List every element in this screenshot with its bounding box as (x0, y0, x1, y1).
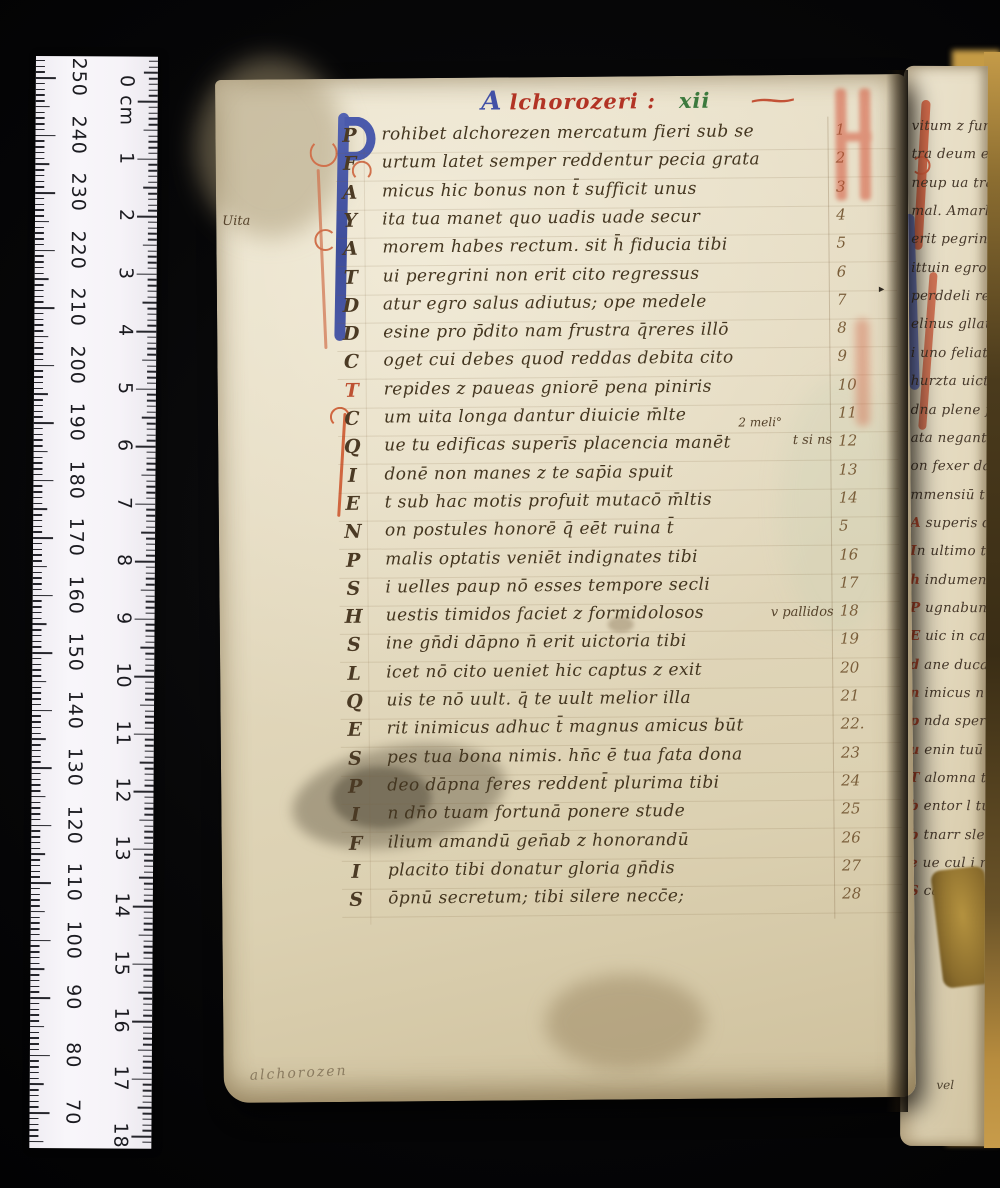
ruler-tick (31, 853, 45, 855)
ruler-tick (32, 652, 52, 654)
ruler-tick (146, 607, 155, 609)
heading-numeral: xii (679, 88, 711, 113)
ruler-tick (143, 1003, 152, 1005)
ruler-tick (147, 423, 156, 425)
line-number: 10 (838, 375, 857, 393)
ruler-tick (33, 525, 42, 527)
ruler-tick (35, 140, 44, 142)
verse-text: ilium amandū gen̄ab z honorandū (388, 829, 690, 852)
ruler-tick (141, 589, 155, 591)
ruler-tick (144, 871, 153, 873)
ruler-tick (35, 226, 44, 228)
ruler-tick (29, 1129, 38, 1131)
ruler-tick (35, 180, 44, 182)
ruler-tick (149, 66, 158, 68)
ruler-tick (146, 538, 155, 540)
ruler-tick (144, 825, 153, 827)
ruler-tick (147, 336, 156, 338)
facing-fragment: neup ua tra (911, 175, 987, 191)
ruler-tick (147, 382, 156, 384)
ruler-tick (143, 1072, 152, 1074)
ruler-tick (149, 135, 158, 137)
ruler-tick (137, 158, 157, 160)
verse-initial: F (342, 832, 370, 854)
ruler-tick (32, 709, 52, 711)
ruler-tick (33, 617, 42, 619)
ruler-tick (146, 549, 155, 551)
ruler-tick (30, 1049, 39, 1051)
ruler-tick (31, 842, 40, 844)
ruler-tick (35, 198, 44, 200)
ruler-tick (146, 612, 155, 614)
ruler-tick (31, 945, 40, 947)
ruler-tick (34, 393, 48, 395)
ruler-tick (35, 157, 44, 159)
ruler-tick (29, 1123, 38, 1125)
ruler-cm-label: 18 (109, 1122, 131, 1148)
line-number: 6 (837, 262, 847, 280)
ruler-cm-label: 17 (110, 1065, 132, 1091)
verse-text: ine gn̄di dāpno n̄ erit uictoria tibi (386, 631, 687, 654)
ruler-tick (34, 433, 43, 435)
ruler-tick (148, 239, 157, 241)
ruler-tick (35, 203, 44, 205)
line-number: 28 (842, 884, 861, 902)
ruler-tick (32, 640, 41, 642)
ruler-tick (32, 692, 41, 694)
ruler-tick (147, 354, 156, 356)
ruler-tick (32, 761, 41, 763)
ruler-tick (144, 802, 153, 804)
ruler-tick (145, 635, 154, 637)
ruler-tick (30, 957, 39, 959)
ruler-tick (146, 492, 155, 494)
ruler-tick (146, 497, 155, 499)
ruler-tick (148, 198, 157, 200)
ruler-tick (145, 630, 154, 632)
ruler-tick (143, 187, 157, 189)
ruler-tick (140, 762, 154, 764)
ruler-tick (148, 250, 157, 252)
ruler-tick (147, 342, 156, 344)
ruler-tick (35, 272, 44, 274)
ruler-cm-label: 11 (112, 720, 134, 746)
line-number: 8 (837, 319, 847, 337)
ruler-tick (141, 474, 155, 476)
ruler-tick (34, 399, 43, 401)
ruler-tick (148, 285, 157, 287)
ruler-tick (143, 1101, 152, 1103)
ruler-cm-label: 2 (115, 209, 137, 222)
ruler-tick (147, 405, 156, 407)
ruler-tick (31, 939, 51, 941)
ruler-tick (32, 715, 41, 717)
line-number: 22. (841, 715, 865, 733)
ruler-mm-label: 220 (67, 230, 89, 269)
ruler-tick (33, 468, 42, 470)
ruler-tick (148, 204, 157, 206)
ruler-tick (31, 819, 40, 821)
gloss-at-line-12: t si ns (793, 433, 833, 448)
ruler-tick (34, 462, 43, 464)
ruler-tick (34, 370, 43, 372)
facing-fragment: A superis datur ep (910, 515, 987, 531)
ruler-tick (143, 980, 152, 982)
ruler-tick (30, 1072, 39, 1074)
ruler-mm-label: 150 (64, 633, 86, 672)
ruler-cm-label: 14 (111, 892, 133, 918)
ruler-tick (31, 870, 40, 872)
ruler-tick (34, 318, 43, 320)
ruler-tick (143, 1032, 152, 1034)
ruler-tick (149, 106, 158, 108)
ruler-tick (33, 577, 42, 579)
facing-fragment: T alomna tibi pu (909, 770, 987, 786)
verse-initial: L (340, 662, 368, 684)
ruler-tick (33, 474, 42, 476)
ruler-tick (32, 773, 41, 775)
verse-initial: P (341, 776, 369, 798)
ruler-tick (35, 232, 44, 234)
ruler-cm-label: 12 (111, 777, 133, 803)
ruler-tick (149, 124, 158, 126)
ruler-tick (140, 647, 154, 649)
ruler-tick (144, 831, 153, 833)
ruler-tick (147, 371, 156, 373)
ruler-tick (148, 147, 157, 149)
ruler-tick (147, 308, 156, 310)
ruler-tick (34, 376, 43, 378)
ruler-cm-label: 9 (113, 611, 135, 624)
ruler-tick (31, 951, 40, 953)
ruler-mm-label: 130 (64, 748, 86, 787)
facing-fragment: vitum z fur (912, 118, 988, 134)
facing-fragment: h indumentū ti (910, 571, 988, 587)
verse-line: Sōpnū secretum; tibi silere necc̄e;28 (342, 884, 902, 918)
ruler-tick (35, 255, 44, 257)
ruler-tick (31, 893, 40, 895)
ruler-tick (34, 445, 43, 447)
ruler-tick (33, 600, 42, 602)
ruler-tick (32, 750, 41, 752)
ruler-tick (34, 422, 54, 424)
facing-text-fragments: vitum z furtra deum ecbneup ua tramal. A… (909, 118, 988, 948)
ruler-tick (30, 1118, 39, 1120)
ruler-tick (31, 899, 40, 901)
ruler-tick (148, 267, 157, 269)
margin-arrow-mark: ▸ (879, 282, 885, 295)
ruler-tick (32, 658, 41, 660)
manuscript-photo-stage: 2502402302202102001901801701601501401301… (0, 0, 1000, 1188)
verse-initial: C (337, 351, 365, 373)
verse-initial: F (336, 153, 364, 175)
ruler-tick (146, 578, 155, 580)
ruler-tick (33, 514, 42, 516)
ruler-tick (144, 865, 153, 867)
ruler-tick (35, 192, 55, 194)
verse-initial: E (339, 493, 367, 515)
ruler-tick (34, 341, 43, 343)
ruler-mm-label: 240 (67, 115, 89, 154)
ruler-tick (33, 571, 42, 573)
ruler-tick (145, 768, 154, 770)
verse-text: icet nō cito ueniet hic captus z exit (386, 659, 702, 682)
ruler-tick (32, 669, 41, 671)
ruler-tick (144, 837, 153, 839)
ruler-tick (140, 704, 154, 706)
ruler-tick (32, 790, 41, 792)
ruler-tick (33, 589, 42, 591)
verse-initial: E (341, 719, 369, 741)
ruler-tick (143, 1038, 152, 1040)
ruler-tick (145, 785, 154, 787)
ruler-tick (33, 612, 42, 614)
red-mark-bar (859, 88, 871, 200)
ruler-tick (145, 745, 154, 747)
ruler-tick (35, 163, 49, 165)
facing-fragment: u enin tuū uenu (909, 742, 987, 758)
ruler-tick (34, 382, 43, 384)
verse-text: uis te nō uult. q̄ te uult melior illa (386, 688, 691, 711)
ruler-tick (35, 146, 44, 148)
ruler-tick (30, 1026, 44, 1028)
line-number: 24 (841, 771, 860, 789)
ruler-tick (147, 428, 156, 430)
ruler-tick (33, 497, 42, 499)
ruler-tick (32, 767, 52, 769)
ruler-tick (36, 71, 45, 73)
verse-initial: S (339, 577, 367, 599)
ruler-tick (144, 842, 153, 844)
ruler-tick (145, 779, 154, 781)
ruler-tick (143, 1090, 152, 1092)
line-number: 23 (841, 743, 860, 761)
ruler-tick (32, 635, 41, 637)
verse-text: atur egro salus adiutus; ope medele (383, 292, 707, 315)
verse-text: n dn̄o tuam fortunā ponere stude (387, 801, 685, 824)
ruler-tick (33, 606, 42, 608)
line-number: 5 (839, 517, 849, 535)
verse-initial: A (336, 238, 364, 260)
verse-text: rohibet alchorezen mercatum fieri sub se (381, 121, 754, 144)
ruler-tick (32, 629, 41, 631)
verse-initial: I (338, 464, 366, 486)
ruler-tick (33, 583, 42, 585)
ruler-tick (136, 446, 156, 448)
ruler-mm-label: 110 (63, 863, 85, 902)
ruler-tick (31, 934, 40, 936)
verse-text: um uita longa dantur diuicie m̄lte (384, 405, 686, 428)
ruler-tick (33, 560, 42, 562)
measuring-ruler: 2502402302202102001901801701601501401301… (29, 56, 158, 1149)
ruler-tick (135, 503, 155, 505)
ruler-tick (146, 584, 155, 586)
verse-text: micus hic bonus non t̄ sufficit unus (382, 178, 697, 201)
ruler-tick (148, 262, 157, 264)
ruler-mm-label: 70 (61, 1099, 83, 1125)
ruler-tick (146, 543, 155, 545)
ruler-tick (36, 123, 45, 125)
ruler-tick (146, 469, 155, 471)
ruler-cm-label: 13 (111, 835, 133, 861)
ruler-tick (138, 1107, 152, 1109)
verse-initial: P (339, 549, 367, 571)
ruler-tick (30, 1083, 44, 1085)
ruler-tick (35, 175, 44, 177)
ruler-tick (148, 141, 157, 143)
ruler-tick (132, 1021, 152, 1023)
facing-fragment: elinus gllau (911, 316, 988, 332)
line-number: 4 (836, 205, 846, 223)
ruler-mm-label: 250 (68, 58, 90, 97)
ruler-tick (134, 791, 154, 793)
ruler-tick (143, 1044, 152, 1046)
ruler-tick (144, 946, 153, 948)
ruler-tick (34, 387, 43, 389)
verse-initial: H (340, 606, 368, 628)
ruler-tick (147, 440, 156, 442)
ruler-tick (147, 365, 156, 367)
ruler-tick (145, 641, 154, 643)
ruler-tick (136, 331, 156, 333)
ruler-tick (146, 595, 155, 597)
ruler-tick (30, 1100, 39, 1102)
ruler-tick (32, 686, 41, 688)
ruler-tick (147, 319, 156, 321)
ruler-tick (144, 894, 153, 896)
ruler-tick (142, 302, 156, 304)
ruler-tick (144, 888, 153, 890)
ruler-tick (31, 801, 40, 803)
verse-text: repides z paueas gniorē pena piniris (384, 376, 712, 399)
facing-fragment: d ane ducas uxme (910, 657, 988, 673)
ruler-tick (36, 129, 45, 131)
ruler-tick (31, 847, 40, 849)
ruler-tick (147, 451, 156, 453)
ruler-tick (145, 750, 154, 752)
heading-initial: A (481, 86, 502, 116)
ruler-tick (143, 975, 152, 977)
ruler-tick (148, 210, 157, 212)
verse-text: malis optatis veniēt indignates tibi (385, 546, 698, 569)
facing-fragment: mal. Amarl (911, 203, 987, 219)
facing-fragment: b entor l tur red (909, 798, 987, 814)
ruler-tick (145, 670, 154, 672)
ruler-tick (34, 410, 43, 412)
ruler-tick (34, 347, 43, 349)
verse-initial: S (342, 889, 370, 911)
ruler-tick (143, 1113, 152, 1115)
ruler-tick (142, 1124, 151, 1126)
ruler-tick (147, 411, 156, 413)
ruler-tick (147, 400, 156, 402)
line-number: 26 (842, 828, 861, 846)
ruler-tick (32, 784, 41, 786)
verse-text: ōpnū secretum; tibi silere necc̄e; (388, 886, 684, 909)
facing-fragment: ittuin egrot (911, 260, 988, 276)
ruler-tick (146, 601, 155, 603)
ruler-tick (36, 117, 45, 119)
manuscript-page: A lchorozeri : xii ~ Prohibet alchorezen… (215, 74, 916, 1103)
ruler-tick (146, 526, 155, 528)
ruler-tick (138, 101, 158, 103)
ruler-tick (31, 882, 51, 884)
ruler-tick (36, 88, 45, 90)
ruler-tick (31, 916, 40, 918)
ruler-tick (147, 325, 156, 327)
ruler-cm-label: 16 (110, 1007, 132, 1033)
ruler-tick (149, 95, 158, 97)
ruler-tick (135, 618, 155, 620)
line-number: 13 (838, 460, 857, 478)
ruler-tick (33, 623, 47, 625)
ruler-tick (33, 537, 53, 539)
ruler-tick (32, 675, 41, 677)
ruler-tick (147, 394, 156, 396)
ruler-mm-label: 90 (62, 984, 84, 1010)
ruler-tick (35, 169, 44, 171)
ruler-tick (145, 658, 154, 660)
pen-flourish-curl (310, 139, 338, 167)
ruler-tick (34, 330, 43, 332)
verse-text: ui peregrini non erit cito regressus (383, 263, 700, 286)
ruler-tick (30, 1077, 39, 1079)
ruler-tick (145, 687, 154, 689)
line-number: 14 (839, 488, 858, 506)
ruler-tick (144, 854, 153, 856)
verse-text: uestis timidos faciet z formidolosos (386, 603, 704, 626)
ruler-tick (144, 911, 153, 913)
ruler-tick (30, 1106, 39, 1108)
ruler-tick (145, 710, 154, 712)
ruler-tick (34, 456, 43, 458)
ruler-tick (33, 531, 42, 533)
ruler-tick (31, 922, 40, 924)
ruler-tick (32, 738, 46, 740)
ruler-tick (147, 313, 156, 315)
ruler-tick (32, 744, 41, 746)
line-number: 11 (838, 403, 857, 421)
ruler-tick (33, 520, 42, 522)
ruler-tick (143, 244, 157, 246)
ruler-tick (145, 716, 154, 718)
ruler-tick (31, 928, 40, 930)
ruler-cm-label: 4 (114, 324, 136, 337)
red-mark-crossbar (835, 132, 871, 141)
ruler-tick (33, 485, 42, 487)
ruler-tick (35, 215, 44, 217)
ruler-tick (134, 676, 154, 678)
ruler-tick (149, 78, 158, 80)
verse-text: ue tu edificas superīs placencia manēt (384, 433, 731, 456)
ruler-tick (145, 773, 154, 775)
heading-title: lchorozeri : (509, 88, 656, 114)
facing-fragment: p nda speras z da (910, 713, 988, 729)
ruler-tick (148, 175, 157, 177)
line-number: 16 (839, 545, 858, 563)
verse-text: donē non manes z te sap̄ia spuit (384, 462, 673, 485)
ruler-tick (143, 1084, 152, 1086)
ruler-tick (148, 170, 157, 172)
verse-initial: I (342, 860, 370, 882)
ruler-tick (142, 1141, 151, 1143)
ruler-tick (32, 698, 41, 700)
verse-initial: S (340, 634, 368, 656)
ruler-tick (144, 952, 153, 954)
ruler-tick (35, 284, 44, 286)
ruler-tick (31, 859, 40, 861)
facing-fragment: perddeli red (911, 288, 988, 304)
